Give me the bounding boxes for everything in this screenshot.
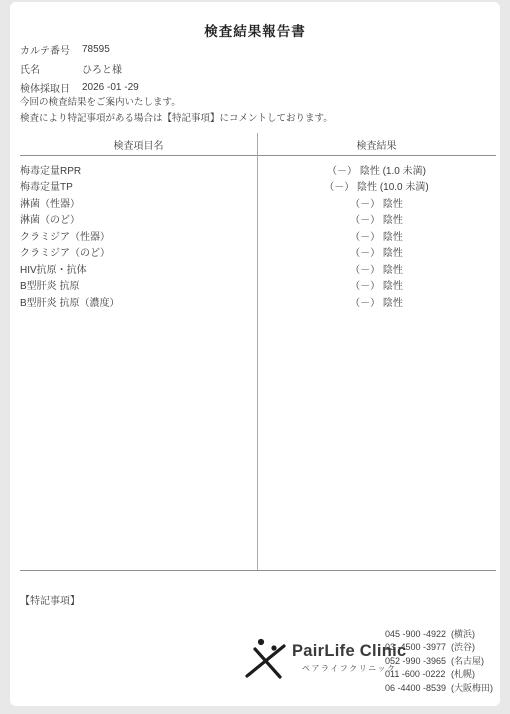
table-header-row: 検査項目名 検査結果	[20, 133, 496, 156]
chart-number-label: カルテ番号	[20, 42, 82, 57]
intro-text: 今回の検査結果をご案内いたします。 検査により特記事項がある場合は【特記事項】に…	[20, 95, 333, 126]
test-item-name: クラミジア（性器）	[20, 228, 257, 243]
clinic-logo: PairLife Clinic ペアライフクリニック	[244, 635, 407, 681]
test-result: （－） 陰性	[257, 261, 496, 276]
phone-entry: 052 -990 -3965 (名古屋)	[385, 655, 493, 668]
phone-number: 06 -4400 -8539	[385, 682, 451, 695]
phone-number: 052 -990 -3965	[385, 655, 451, 668]
table-row: 梅毒定量RPR （－） 陰性 (1.0 未満)	[20, 161, 496, 178]
table-row: クラミジア（のど） （－） 陰性	[20, 244, 496, 261]
test-item-name: 淋菌（のど）	[20, 211, 257, 226]
test-result: （－） 陰性	[257, 211, 496, 226]
test-result: （－） 陰性	[257, 294, 496, 309]
test-result: （－） 陰性	[257, 244, 496, 259]
test-item-name: B型肝炎 抗原（濃度）	[20, 294, 257, 309]
intro-line-1: 今回の検査結果をご案内いたします。	[20, 95, 333, 111]
test-result: （－） 陰性	[257, 228, 496, 243]
table-row: HIV抗原・抗体 （－） 陰性	[20, 260, 496, 277]
column-divider	[257, 133, 258, 570]
table-row: クラミジア（性器） （－） 陰性	[20, 227, 496, 244]
two-figures-crossing-icon	[244, 635, 288, 681]
sample-date-value: 2026 -01 -29	[82, 82, 139, 93]
patient-name-value: ひろと様	[82, 61, 122, 76]
phone-entry: 011 -600 -0222 (札幌)	[385, 668, 493, 681]
phone-entry: 03 -4500 -3977 (渋谷)	[385, 641, 493, 654]
header-test-result: 検査結果	[257, 137, 496, 152]
clinic-phone-list: 045 -900 -4922 (横浜) 03 -4500 -3977 (渋谷) …	[385, 628, 493, 695]
table-body: 梅毒定量RPR （－） 陰性 (1.0 未満) 梅毒定量TP （－） 陰性 (1…	[20, 156, 496, 310]
phone-city: (名古屋)	[451, 655, 484, 668]
phone-city: (渋谷)	[451, 641, 475, 654]
patient-name-label: 氏名	[20, 61, 82, 76]
chart-number-value: 78595	[82, 44, 110, 55]
test-item-name: 淋菌（性器）	[20, 195, 257, 210]
test-result: （－） 陰性	[257, 195, 496, 210]
table-row: 淋菌（性器） （－） 陰性	[20, 194, 496, 211]
report-page: 検査結果報告書 カルテ番号 78595 氏名 ひろと様 検体採取日 2026 -…	[10, 2, 500, 706]
patient-info-row: カルテ番号 78595	[20, 40, 139, 59]
patient-info-row: 氏名 ひろと様	[20, 59, 139, 78]
phone-entry: 045 -900 -4922 (横浜)	[385, 628, 493, 641]
table-row: 梅毒定量TP （－） 陰性 (10.0 未満)	[20, 178, 496, 195]
intro-line-2: 検査により特記事項がある場合は【特記事項】にコメントしております。	[20, 111, 333, 127]
header-test-item: 検査項目名	[20, 137, 257, 152]
table-row: B型肝炎 抗原 （－） 陰性	[20, 277, 496, 294]
table-row: 淋菌（のど） （－） 陰性	[20, 211, 496, 228]
test-result: （－） 陰性 (1.0 未満)	[257, 162, 496, 177]
test-result: （－） 陰性 (10.0 未満)	[257, 178, 496, 193]
test-item-name: クラミジア（のど）	[20, 244, 257, 259]
phone-city: (大阪梅田)	[451, 682, 493, 695]
test-item-name: HIV抗原・抗体	[20, 261, 257, 276]
phone-number: 03 -4500 -3977	[385, 641, 451, 654]
phone-number: 045 -900 -4922	[385, 628, 451, 641]
patient-info-block: カルテ番号 78595 氏名 ひろと様 検体採取日 2026 -01 -29	[20, 40, 139, 97]
phone-entry: 06 -4400 -8539 (大阪梅田)	[385, 682, 493, 695]
test-item-name: 梅毒定量RPR	[20, 162, 257, 177]
phone-number: 011 -600 -0222	[385, 668, 451, 681]
table-row: B型肝炎 抗原（濃度） （－） 陰性	[20, 293, 496, 310]
sample-date-label: 検体採取日	[20, 80, 82, 95]
special-notes-label: 【特記事項】	[20, 592, 80, 607]
phone-city: (横浜)	[451, 628, 475, 641]
test-item-name: 梅毒定量TP	[20, 178, 257, 193]
phone-city: (札幌)	[451, 668, 475, 681]
results-table: 検査項目名 検査結果 梅毒定量RPR （－） 陰性 (1.0 未満) 梅毒定量T…	[20, 133, 496, 571]
page-title: 検査結果報告書	[10, 20, 500, 40]
test-result: （－） 陰性	[257, 277, 496, 292]
test-item-name: B型肝炎 抗原	[20, 277, 257, 292]
